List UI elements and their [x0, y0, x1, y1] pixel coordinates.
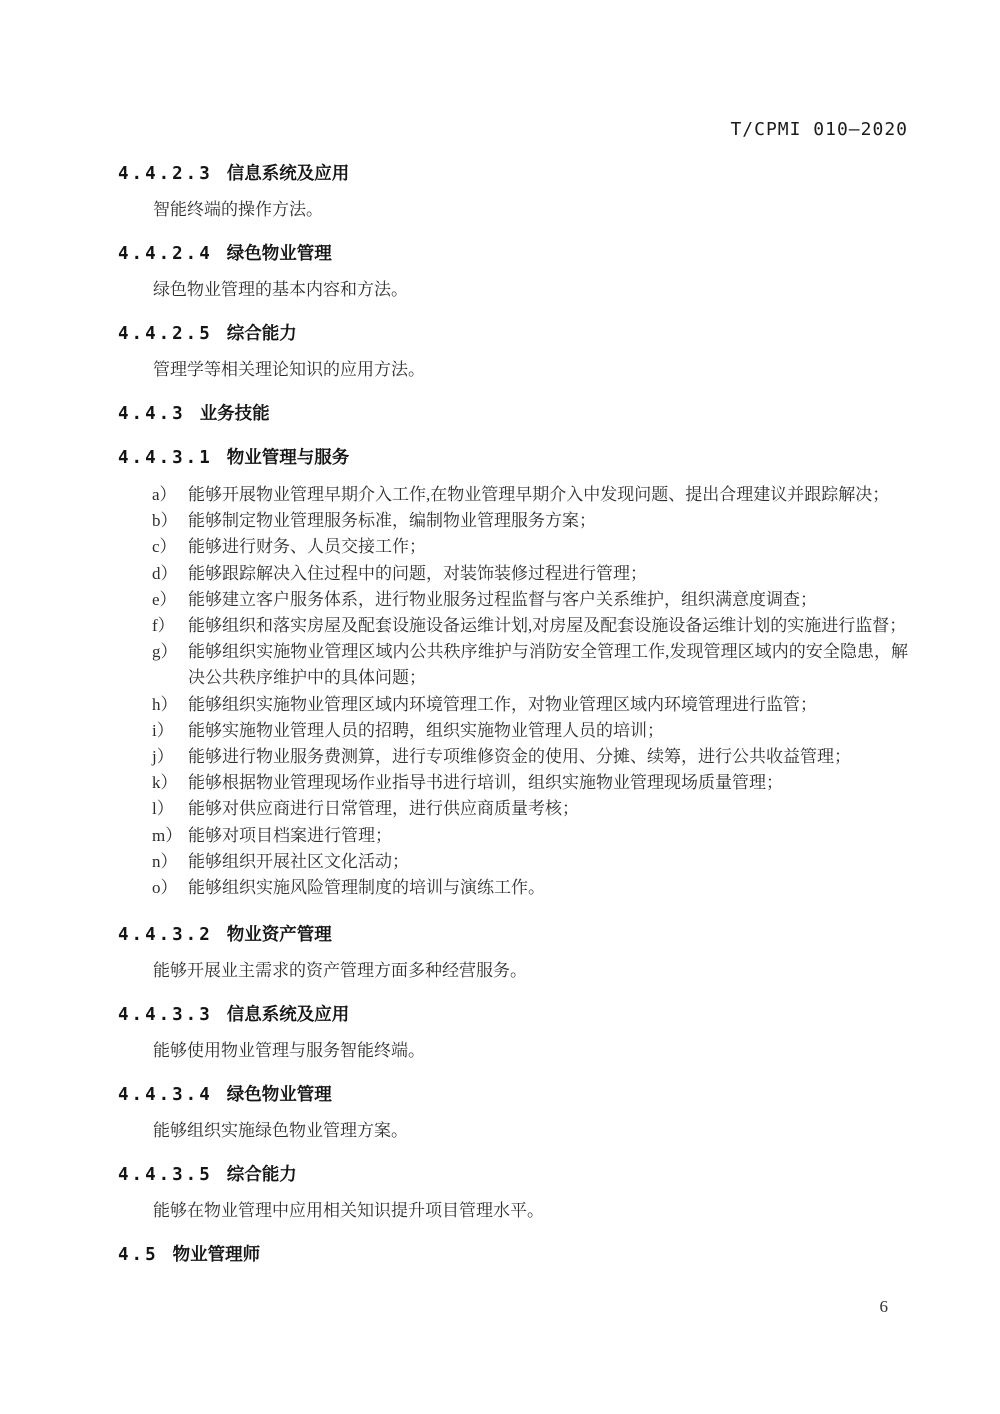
list-item-text: 能够组织实施物业管理区域内环境管理工作，对物业管理区域内环境管理进行监管；	[188, 695, 817, 714]
list-item-text: 能够开展物业管理早期介入工作,在物业管理早期介入中发现问题、提出合理建议并跟踪解…	[188, 485, 889, 504]
list-item: k）能够根据物业管理现场作业指导书进行培训，组织实施物业管理现场质量管理；	[118, 770, 908, 796]
list-item: e）能够建立客户服务体系，进行物业服务过程监督与客户关系维护，组织满意度调查；	[118, 587, 908, 613]
section-heading: 4.4.2.3信息系统及应用	[118, 164, 908, 184]
body-paragraph: 能够使用物业管理与服务智能终端。	[153, 1041, 908, 1061]
list-item: b）能够制定物业管理服务标准，编制物业管理服务方案；	[118, 508, 908, 534]
list-item-text: 能够对项目档案进行管理；	[188, 826, 392, 845]
list-item-marker: j）	[152, 744, 174, 770]
heading-number: 4.4.2.5	[118, 324, 213, 344]
list-item-text: 能够组织实施物业管理区域内公共秩序维护与消防安全管理工作,发现管理区域内的安全隐…	[188, 642, 908, 687]
heading-title: 综合能力	[227, 1164, 297, 1184]
list-item-text: 能够组织实施风险管理制度的培训与演练工作。	[188, 878, 545, 897]
list-item: i）能够实施物业管理人员的招聘，组织实施物业管理人员的培训；	[118, 718, 908, 744]
list-item: m）能够对项目档案进行管理；	[118, 823, 908, 849]
list-item-marker: h）	[152, 692, 178, 718]
list-item: j）能够进行物业服务费测算，进行专项维修资金的使用、分摊、续筹，进行公共收益管理…	[118, 744, 908, 770]
list-item-marker: f）	[152, 613, 175, 639]
heading-number: 4.4.3.3	[118, 1005, 213, 1025]
section-heading: 4.4.3.2物业资产管理	[118, 925, 908, 945]
list-item: l）能够对供应商进行日常管理，进行供应商质量考核；	[118, 796, 908, 822]
heading-title: 综合能力	[227, 323, 297, 343]
heading-title: 绿色物业管理	[227, 243, 332, 263]
section-heading: 4.4.3.4绿色物业管理	[118, 1085, 908, 1105]
list-item-text: 能够组织开展社区文化活动；	[188, 852, 409, 871]
body-paragraph: 能够组织实施绿色物业管理方案。	[153, 1121, 908, 1141]
heading-number: 4.4.3.5	[118, 1165, 213, 1185]
body-paragraph: 能够在物业管理中应用相关知识提升项目管理水平。	[153, 1201, 908, 1221]
list-item-marker: g）	[152, 639, 178, 665]
heading-number: 4.4.3	[118, 404, 186, 424]
list-item-text: 能够建立客户服务体系，进行物业服务过程监督与客户关系维护，组织满意度调查；	[188, 590, 817, 609]
section-heading: 4.4.2.4绿色物业管理	[118, 244, 908, 264]
section-heading: 4.4.3.3信息系统及应用	[118, 1005, 908, 1025]
section-heading: 4.4.3.1物业管理与服务	[118, 448, 908, 468]
page-content: T/CPMI 010—2020 4.4.2.3信息系统及应用智能终端的操作方法。…	[118, 120, 908, 1265]
list-item-marker: c）	[152, 534, 177, 560]
list-item-marker: a）	[152, 482, 177, 508]
list-item: f）能够组织和落实房屋及配套设施设备运维计划,对房屋及配套设施设备运维计划的实施…	[118, 613, 908, 639]
heading-title: 业务技能	[200, 403, 270, 423]
list-item: h）能够组织实施物业管理区域内环境管理工作，对物业管理区域内环境管理进行监管；	[118, 692, 908, 718]
heading-number: 4.5	[118, 1245, 159, 1265]
body-paragraph: 能够开展业主需求的资产管理方面多种经营服务。	[153, 961, 908, 981]
list-item: d）能够跟踪解决入住过程中的问题，对装饰装修过程进行管理；	[118, 561, 908, 587]
heading-number: 4.4.2.3	[118, 164, 213, 184]
content-sections: 4.4.2.3信息系统及应用智能终端的操作方法。4.4.2.4绿色物业管理绿色物…	[118, 164, 908, 1265]
list-item-text: 能够进行物业服务费测算，进行专项维修资金的使用、分摊、续筹，进行公共收益管理；	[188, 747, 851, 766]
heading-title: 绿色物业管理	[227, 1084, 332, 1104]
list-item-marker: k）	[152, 770, 178, 796]
page-number: 6	[880, 1297, 889, 1317]
list-item-text: 能够实施物业管理人员的招聘，组织实施物业管理人员的培训；	[188, 721, 664, 740]
list-item: c）能够进行财务、人员交接工作；	[118, 534, 908, 560]
list-item-text: 能够进行财务、人员交接工作；	[188, 537, 426, 556]
heading-title: 物业管理与服务	[227, 447, 350, 467]
body-paragraph: 管理学等相关理论知识的应用方法。	[153, 360, 908, 380]
list-item-text: 能够制定物业管理服务标准，编制物业管理服务方案；	[188, 511, 596, 530]
list-item-marker: i）	[152, 718, 174, 744]
heading-title: 信息系统及应用	[227, 1004, 350, 1024]
heading-number: 4.4.3.1	[118, 448, 213, 468]
list-item-marker: n）	[152, 849, 178, 875]
heading-number: 4.4.2.4	[118, 244, 213, 264]
list-item-text: 能够组织和落实房屋及配套设施设备运维计划,对房屋及配套设施设备运维计划的实施进行…	[188, 616, 906, 635]
heading-title: 信息系统及应用	[227, 163, 350, 183]
document-code-header: T/CPMI 010—2020	[118, 120, 908, 140]
body-paragraph: 绿色物业管理的基本内容和方法。	[153, 280, 908, 300]
list-item-marker: d）	[152, 561, 178, 587]
list-item: g）能够组织实施物业管理区域内公共秩序维护与消防安全管理工作,发现管理区域内的安…	[118, 639, 908, 691]
body-paragraph: 智能终端的操作方法。	[153, 200, 908, 220]
heading-number: 4.4.3.2	[118, 925, 213, 945]
list-item-marker: l）	[152, 796, 174, 822]
heading-title: 物业管理师	[173, 1244, 261, 1264]
section-heading: 4.4.3.5综合能力	[118, 1165, 908, 1185]
list-item: o）能够组织实施风险管理制度的培训与演练工作。	[118, 875, 908, 901]
list-item-text: 能够跟踪解决入住过程中的问题，对装饰装修过程进行管理；	[188, 564, 647, 583]
heading-number: 4.4.3.4	[118, 1085, 213, 1105]
list-item-marker: b）	[152, 508, 178, 534]
section-heading: 4.4.2.5综合能力	[118, 324, 908, 344]
document-page: T/CPMI 010—2020 4.4.2.3信息系统及应用智能终端的操作方法。…	[0, 0, 1000, 1414]
list-item-text: 能够根据物业管理现场作业指导书进行培训，组织实施物业管理现场质量管理；	[188, 773, 783, 792]
list-item: n）能够组织开展社区文化活动；	[118, 849, 908, 875]
list-item-marker: e）	[152, 587, 177, 613]
section-heading: 4.4.3业务技能	[118, 404, 908, 424]
section-heading: 4.5物业管理师	[118, 1245, 908, 1265]
skill-list: a）能够开展物业管理早期介入工作,在物业管理早期介入中发现问题、提出合理建议并跟…	[118, 482, 908, 901]
list-item-marker: m）	[152, 823, 182, 849]
heading-title: 物业资产管理	[227, 924, 332, 944]
list-item-marker: o）	[152, 875, 178, 901]
list-item: a）能够开展物业管理早期介入工作,在物业管理早期介入中发现问题、提出合理建议并跟…	[118, 482, 908, 508]
list-item-text: 能够对供应商进行日常管理，进行供应商质量考核；	[188, 799, 579, 818]
